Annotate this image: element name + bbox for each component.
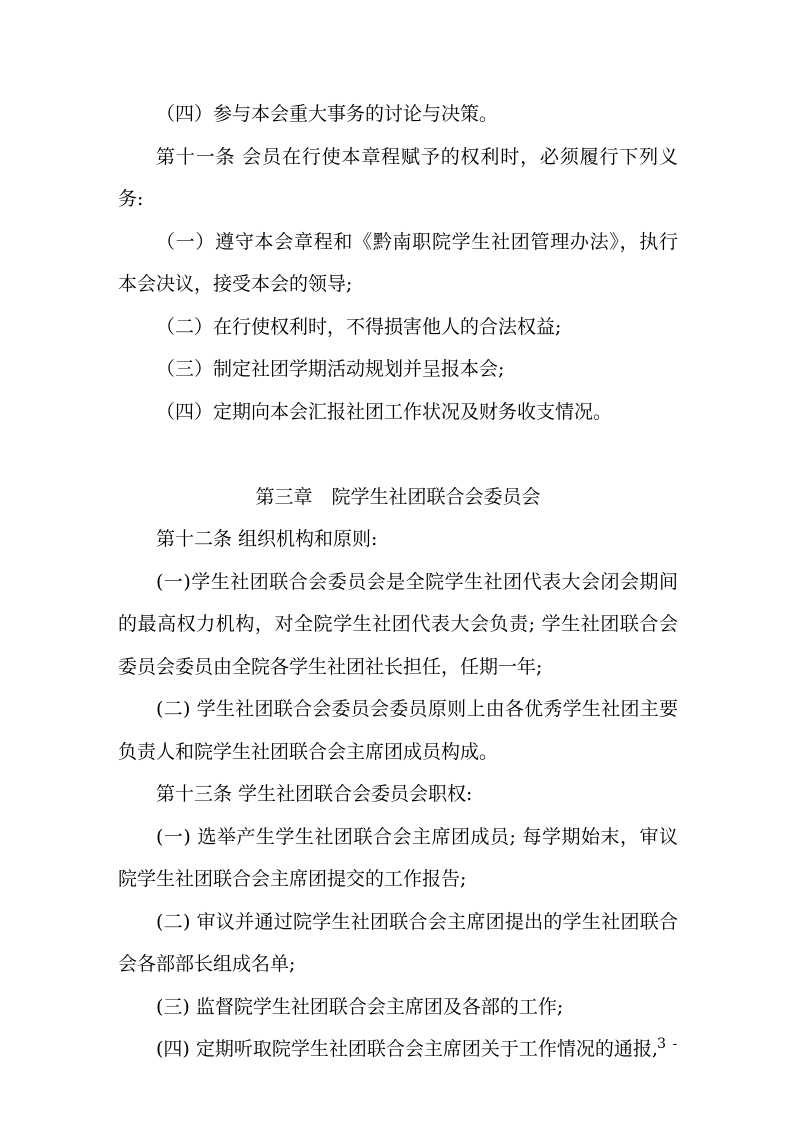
paragraph: (四) 定期听取院学生社团联合会主席团关于工作情况的通报, (118, 1028, 678, 1071)
paragraph: （二）在行使权利时，不得损害他人的合法权益; (118, 306, 678, 349)
paragraph: 第十三条 学生社团联合会委员会职权: (118, 773, 678, 816)
document-body: （四）参与本会重大事务的讨论与决策。 第十一条 会员在行使本章程赋予的权利时，必… (118, 93, 678, 1071)
paragraph: （四）定期向本会汇报社团工作状况及财务收支情况。 (118, 391, 678, 434)
document-page: （四）参与本会重大事务的讨论与决策。 第十一条 会员在行使本章程赋予的权利时，必… (0, 0, 793, 1122)
paragraph: (二) 学生社团联合会委员会委员原则上由各优秀学生社团主要负责人和院学生社团联合… (118, 688, 678, 773)
paragraph: (一) 选举产生学生社团联合会主席团成员; 每学期始末，审议院学生社团联合会主席… (118, 816, 678, 901)
paragraph: （四）参与本会重大事务的讨论与决策。 (118, 93, 678, 136)
paragraph: 第十二条 组织机构和原则: (118, 518, 678, 561)
paragraph: (二) 审议并通过院学生社团联合会主席团提出的学生社团联合会各部部长组成名单; (118, 901, 678, 986)
paragraph: （三）制定社团学期活动规划并呈报本会; (118, 348, 678, 391)
paragraph: (三) 监督院学生社团联合会主席团及各部的工作; (118, 986, 678, 1029)
paragraph: 第十一条 会员在行使本章程赋予的权利时，必须履行下列义务: (118, 136, 678, 221)
chapter-heading: 第三章 院学生社团联合会委员会 (118, 476, 678, 519)
paragraph: （一）遵守本会章程和《黔南职院学生社团管理办法》，执行本会决议，接受本会的领导; (118, 221, 678, 306)
page-number: - 3 - (646, 1036, 678, 1052)
paragraph: (一)学生社团联合会委员会是全院学生社团代表大会闭会期间的最高权力机构，对全院学… (118, 561, 678, 689)
